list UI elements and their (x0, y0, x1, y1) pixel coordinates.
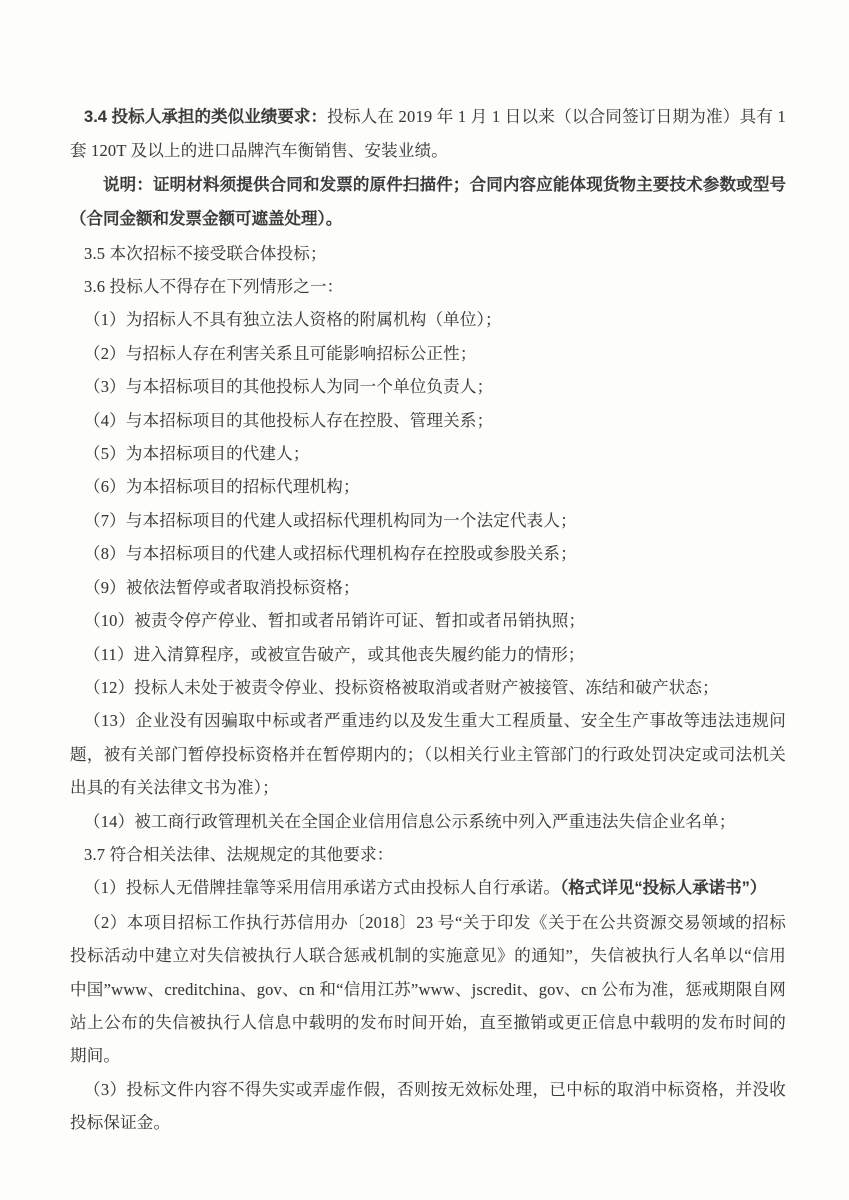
text-segment: （10）被责令停产停业、暂扣或者吊销许可证、暂扣或者吊销执照； (84, 611, 585, 630)
text-segment: 3.7 符合相关法律、法规规定的其他要求： (84, 845, 393, 864)
scanned-tender-document: { "page": { "colors": { "background": "#… (0, 0, 849, 1200)
bold-text-segment: 说明：证明材料须提供合同和发票的原件扫描件；合同内容应能体现货物主要技术参数或型… (70, 176, 786, 228)
section-3-4-similar-performance-requirement: 3.4 投标人承担的类似业绩要求：投标人在 2019 年 1 月 1 日以来（以… (70, 100, 786, 168)
item-3-7-2: （2）本项目招标工作执行苏信用办〔2018〕23 号“关于印发《关于在公共资源交… (70, 906, 786, 1073)
note-proof-materials: 说明：证明材料须提供合同和发票的原件扫描件；合同内容应能体现货物主要技术参数或型… (70, 168, 786, 237)
text-segment: （14）被工商行政管理机关在全国企业信用信息公示系统中列入严重违法失信企业名单； (84, 812, 736, 831)
text-segment: （1）为招标人不具有独立法人资格的附属机构（单位）； (84, 310, 502, 329)
item-3-6-3: （3）与本招标项目的其他投标人为同一个单位负责人； (70, 370, 786, 403)
item-3-6-14: （14）被工商行政管理机关在全国企业信用信息公示系统中列入严重违法失信企业名单； (70, 805, 786, 838)
text-segment: （2）与招标人存在利害关系且可能影响招标公正性； (84, 344, 477, 363)
section-3-7-other-requirements: 3.7 符合相关法律、法规规定的其他要求： (70, 838, 786, 871)
item-3-6-5: （5）为本招标项目的代建人； (70, 437, 786, 470)
item-3-6-8: （8）与本招标项目的代建人或招标代理机构存在控股或参股关系； (70, 537, 786, 570)
item-3-6-7: （7）与本招标项目的代建人或招标代理机构同为一个法定代表人； (70, 504, 786, 537)
text-segment: （11）进入清算程序，或被宣告破产，或其他丧失履约能力的情形； (84, 645, 585, 664)
item-3-6-1: （1）为招标人不具有独立法人资格的附属机构（单位）； (70, 303, 786, 336)
item-3-6-9: （9）被依法暂停或者取消投标资格； (70, 571, 786, 604)
text-segment: （9）被依法暂停或者取消投标资格； (84, 578, 360, 597)
bold-text-segment: 3.4 投标人承担的类似业绩要求： (84, 108, 327, 126)
item-3-6-12: （12）投标人未处于被责令停业、投标资格被取消或者财产被接管、冻结和破产状态； (70, 671, 786, 704)
text-segment: （4）与本招标项目的其他投标人存在控股、管理关系； (84, 411, 493, 430)
text-segment: （5）为本招标项目的代建人； (84, 444, 310, 463)
text-segment: 3.6 投标人不得存在下列情形之一： (84, 277, 343, 296)
text-segment: （3）与本招标项目的其他投标人为同一个单位负责人； (84, 377, 493, 396)
item-3-7-1: （1）投标人无借牌挂靠等采用信用承诺方式由投标人自行承诺。（格式详见“投标人承诺… (70, 871, 786, 905)
item-3-6-10: （10）被责令停产停业、暂扣或者吊销许可证、暂扣或者吊销执照； (70, 604, 786, 637)
item-3-7-3: （3）投标文件内容不得失实或弄虚作假，否则按无效标处理，已中标的取消中标资格，并… (70, 1073, 786, 1140)
text-segment: （1）投标人无借牌挂靠等采用信用承诺方式由投标人自行承诺。 (84, 878, 560, 897)
text-segment: （7）与本招标项目的代建人或招标代理机构同为一个法定代表人； (84, 511, 577, 530)
item-3-6-2: （2）与招标人存在利害关系且可能影响招标公正性； (70, 337, 786, 370)
item-3-6-4: （4）与本招标项目的其他投标人存在控股、管理关系； (70, 404, 786, 437)
section-3-5-no-consortium: 3.5 本次招标不接受联合体投标； (70, 237, 786, 270)
section-3-6-prohibited-circumstances: 3.6 投标人不得存在下列情形之一： (70, 270, 786, 303)
item-3-6-13: （13）企业没有因骗取中标或者严重违约以及发生重大工程质量、安全生产事故等违法违… (70, 704, 786, 804)
text-segment: （3）投标文件内容不得失实或弄虚作假，否则按无效标处理，已中标的取消中标资格，并… (70, 1080, 786, 1132)
document-page: 3.4 投标人承担的类似业绩要求：投标人在 2019 年 1 月 1 日以来（以… (70, 100, 786, 1140)
bold-text-segment: （格式详见“投标人承诺书”） (560, 879, 766, 897)
item-3-6-11: （11）进入清算程序，或被宣告破产，或其他丧失履约能力的情形； (70, 638, 786, 671)
text-segment: （2）本项目招标工作执行苏信用办〔2018〕23 号“关于印发《关于在公共资源交… (70, 913, 786, 1066)
text-segment: 3.5 本次招标不接受联合体投标； (84, 244, 327, 263)
text-segment: （12）投标人未处于被责令停业、投标资格被取消或者财产被接管、冻结和破产状态； (84, 678, 719, 697)
text-segment: （13）企业没有因骗取中标或者严重违约以及发生重大工程质量、安全生产事故等违法违… (70, 711, 786, 797)
text-segment: （8）与本招标项目的代建人或招标代理机构存在控股或参股关系； (84, 544, 577, 563)
text-segment: （6）为本招标项目的招标代理机构； (84, 477, 360, 496)
item-3-6-6: （6）为本招标项目的招标代理机构； (70, 470, 786, 503)
